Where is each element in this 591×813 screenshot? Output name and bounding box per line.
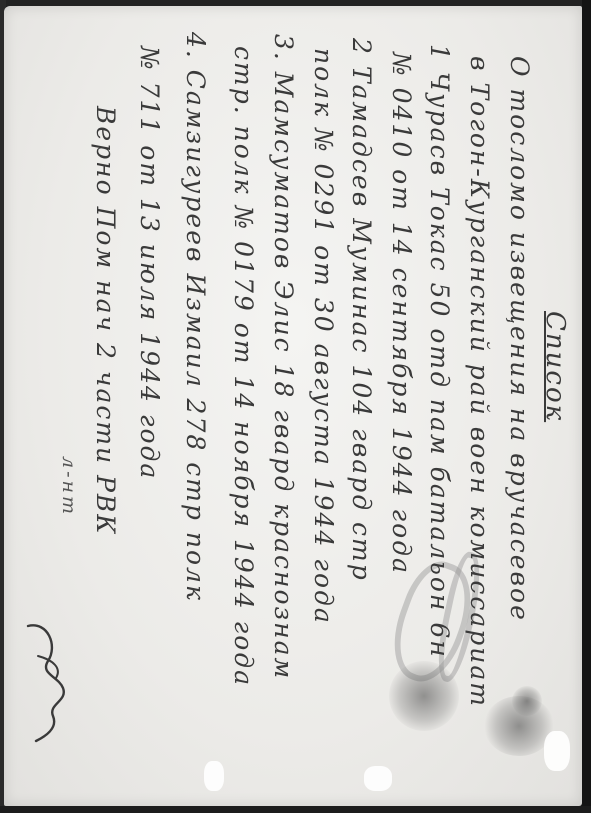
closing-line-2: л-нт bbox=[58, 456, 80, 517]
ink-stain bbox=[512, 686, 542, 716]
intro-line-1: О тосломо извещения на вручасевое bbox=[505, 56, 534, 622]
document-title: Список bbox=[540, 311, 570, 422]
scan-border-bottom bbox=[0, 806, 591, 813]
paper-damage bbox=[544, 731, 570, 771]
signature-scribble bbox=[18, 616, 78, 746]
entry-1-line-2: № 0410 от 14 сентября 1944 года bbox=[387, 52, 416, 575]
entry-4-line-2: № 711 от 13 июля 1944 года bbox=[135, 46, 164, 480]
entry-3-line-1: 3. Мамсуматов Элис 18 гвард краснознам bbox=[269, 34, 298, 680]
paper-sheet: Список О тосломо извещения на вручасевое… bbox=[4, 6, 582, 806]
entry-1-line-1: 1 Чурасв Токас 50 отд пам батальон 6н bbox=[425, 44, 454, 659]
entry-2-line-2: полк № 0291 от 30 августа 1944 года bbox=[309, 48, 338, 625]
intro-line-2: в Тогон-Курганский рай воен комиссариат bbox=[465, 56, 494, 708]
scan-border-right bbox=[582, 0, 591, 813]
ink-stain bbox=[389, 661, 459, 731]
entry-3-line-2: стр. полк № 0179 от 14 ноября 1944 года bbox=[229, 46, 258, 687]
entry-4-line-1: 4. Самзигуреев Измаил 278 стр полк bbox=[181, 32, 210, 602]
paper-damage bbox=[364, 766, 392, 791]
closing-line-1: Верно Пом нач 2 части РВК bbox=[91, 106, 120, 536]
entry-2-line-1: 2 Тамадсев Муминас 104 гвард стр bbox=[347, 38, 376, 582]
paper-damage bbox=[204, 761, 224, 791]
